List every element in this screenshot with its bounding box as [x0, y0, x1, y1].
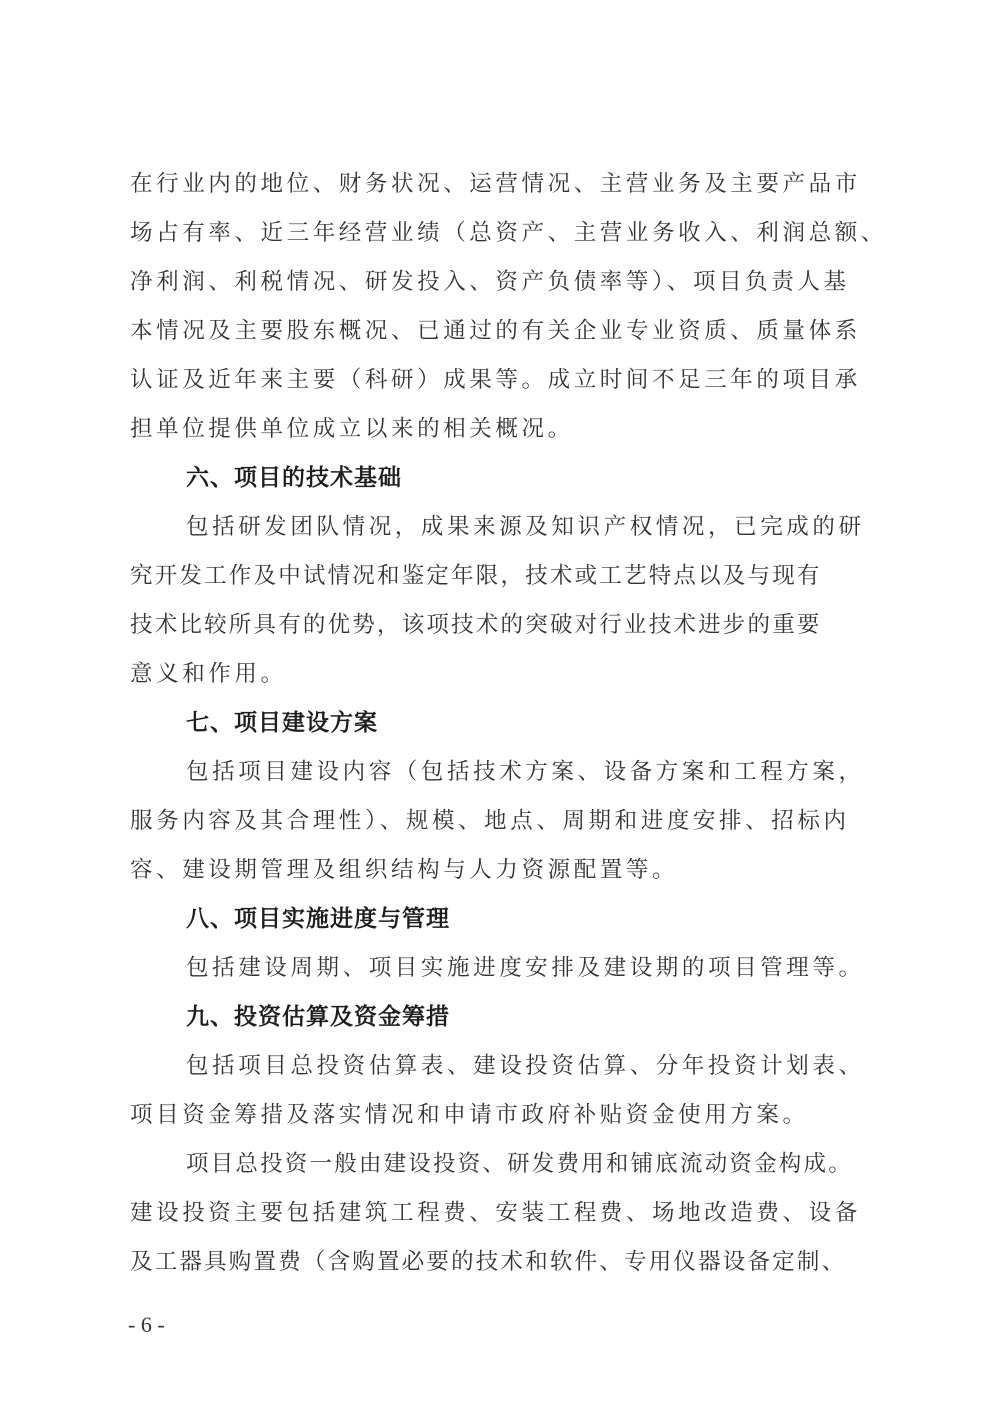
section-heading-9: 九、投资估算及资金筹措 [130, 993, 872, 1042]
paragraph-line: 项目总投资一般由建设投资、研发费用和铺底流动资金构成。 [130, 1140, 872, 1189]
paragraph-line: 认证及近年来主要（科研）成果等。成立时间不足三年的项目承 [130, 356, 872, 405]
paragraph-line: 技术比较所具有的优势，该项技术的突破对行业技术进步的重要 [130, 601, 872, 650]
paragraph-line: 净利润、利税情况、研发投入、资产负债率等）、项目负责人基 [130, 258, 872, 307]
paragraph-line: 及工器具购置费（含购置必要的技术和软件、专用仪器设备定制、 [130, 1238, 872, 1287]
paragraph-line: 包括项目总投资估算表、建设投资估算、分年投资计划表、 [130, 1042, 872, 1091]
paragraph-line: 建设投资主要包括建筑工程费、安装工程费、场地改造费、设备 [130, 1189, 872, 1238]
page-content: 在行业内的地位、财务状况、运营情况、主营业务及主要产品市 场占有率、近三年经营业… [130, 160, 872, 1287]
paragraph-line: 包括建设周期、项目实施进度安排及建设期的项目管理等。 [130, 944, 872, 993]
paragraph-line: 究开发工作及中试情况和鉴定年限，技术或工艺特点以及与现有 [130, 552, 872, 601]
section-heading-6: 六、项目的技术基础 [130, 454, 872, 503]
paragraph-line: 本情况及主要股东概况、已通过的有关企业专业资质、质量体系 [130, 307, 872, 356]
paragraph-line: 容、建设期管理及组织结构与人力资源配置等。 [130, 846, 872, 895]
paragraph-line: 包括研发团队情况，成果来源及知识产权情况，已完成的研 [130, 503, 872, 552]
document-page: 在行业内的地位、财务状况、运营情况、主营业务及主要产品市 场占有率、近三年经营业… [0, 0, 1000, 1414]
paragraph-line: 场占有率、近三年经营业绩（总资产、主营业务收入、利润总额、 [130, 209, 872, 258]
page-number: - 6 - [128, 1312, 165, 1338]
paragraph-line: 担单位提供单位成立以来的相关概况。 [130, 405, 872, 454]
paragraph-line: 服务内容及其合理性）、规模、地点、周期和进度安排、招标内 [130, 797, 872, 846]
paragraph-line: 意义和作用。 [130, 650, 872, 699]
paragraph-line: 项目资金筹措及落实情况和申请市政府补贴资金使用方案。 [130, 1091, 872, 1140]
section-heading-8: 八、项目实施进度与管理 [130, 895, 872, 944]
paragraph-line: 在行业内的地位、财务状况、运营情况、主营业务及主要产品市 [130, 160, 872, 209]
section-heading-7: 七、项目建设方案 [130, 699, 872, 748]
paragraph-line: 包括项目建设内容（包括技术方案、设备方案和工程方案， [130, 748, 872, 797]
